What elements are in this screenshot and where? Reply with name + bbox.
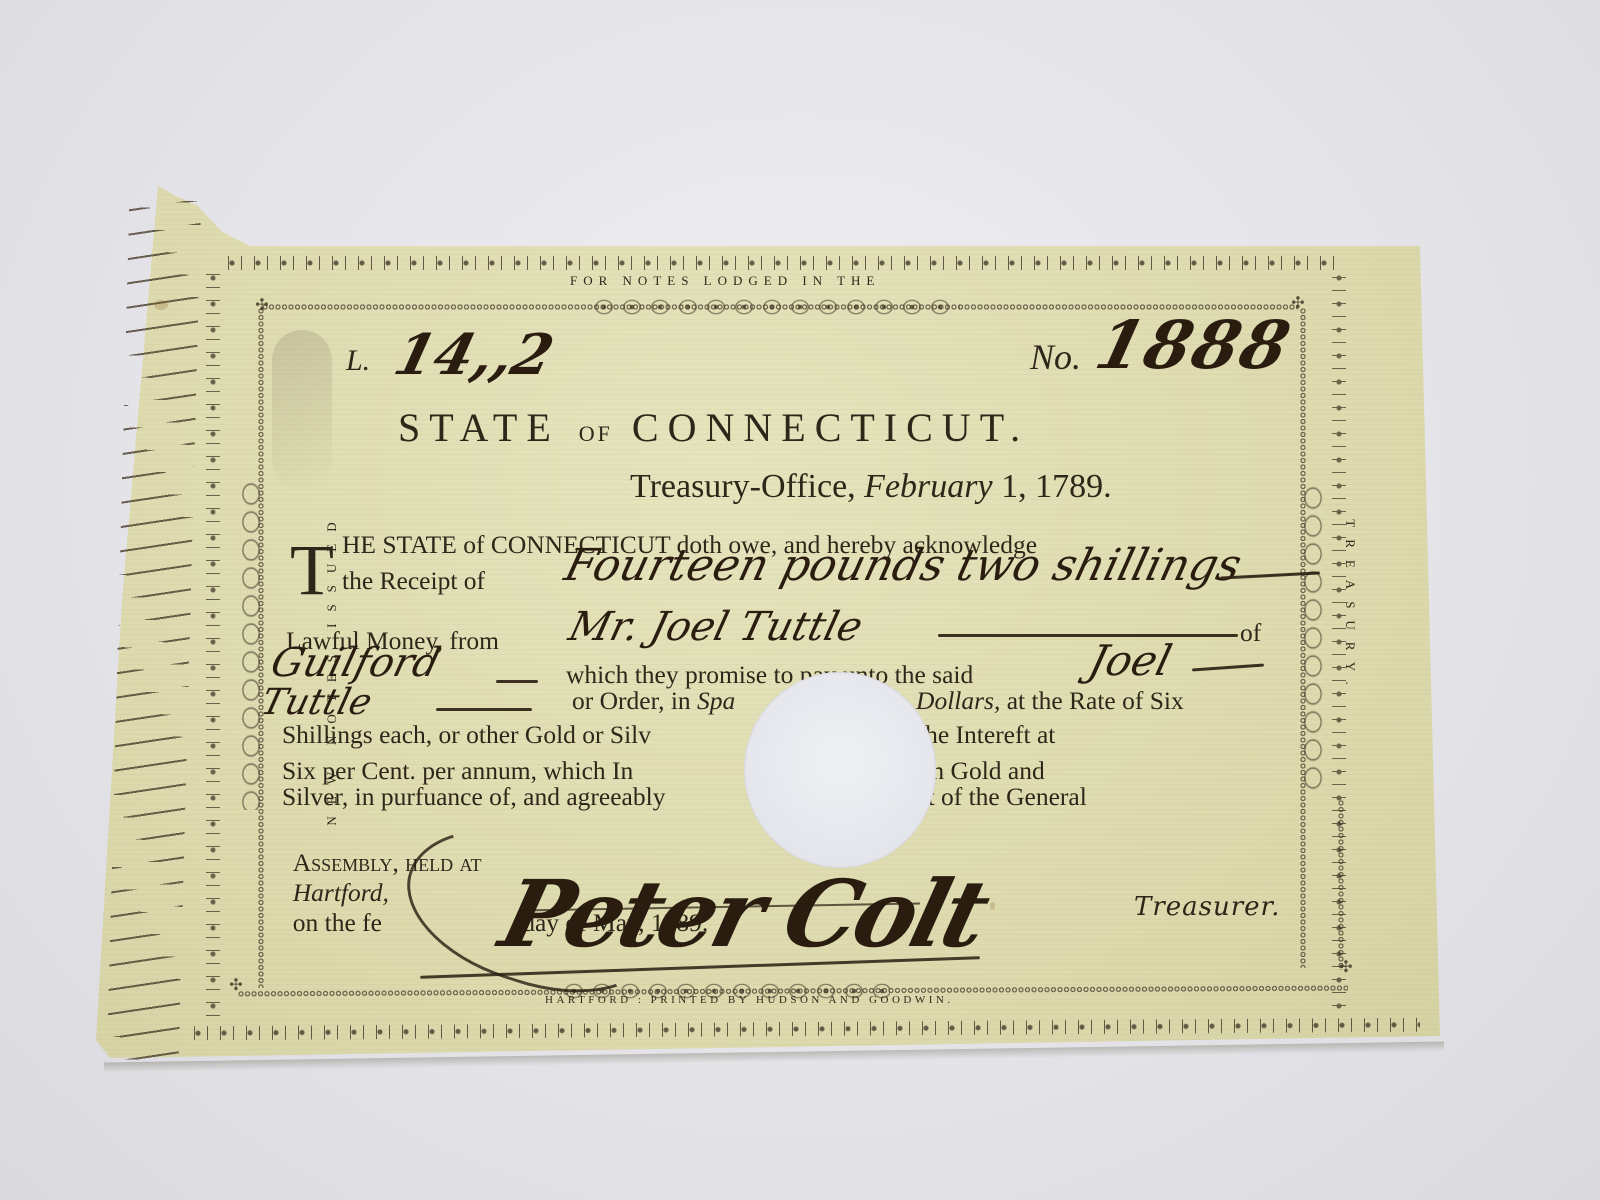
title-name: CONNECTICUT.	[632, 405, 1029, 450]
title-state: STATE	[398, 405, 560, 450]
signatory-title: Treasurer.	[1134, 892, 1280, 922]
vine-border-top	[224, 256, 1344, 270]
body-line-6: Shillings each, or other Gold or Silv va…	[282, 720, 1055, 750]
serial-number: 1888	[1088, 306, 1299, 384]
stain	[990, 902, 995, 910]
corner-star-icon: ✣	[254, 298, 270, 314]
ornament-band-right	[1300, 484, 1326, 794]
body-line-5-pre: or Order, in	[572, 686, 691, 715]
handwritten-payee: Mr. Joel Tuttle	[564, 604, 867, 650]
date-month: February	[864, 468, 992, 505]
printer-imprint: HARTFORD : PRINTED BY HUDSON AND GOODWIN…	[545, 994, 954, 1006]
stain	[154, 300, 168, 310]
body-line-8: Silver, in purfuance of, and agreeably o…	[282, 782, 1087, 812]
handwritten-sum: Fourteen pounds two shillings	[560, 540, 1247, 591]
body-line-3-end: of	[1240, 618, 1261, 648]
body-line-5-italic-b: Dollars,	[916, 686, 1000, 715]
amount-label: L.	[346, 344, 370, 378]
dotted-rule-right-lower	[1338, 800, 1344, 970]
office-date-line: Treasury-Office, February 1, 1789.	[630, 468, 1112, 506]
handwritten-town: Guilford	[266, 640, 444, 686]
number-label: No.	[1030, 336, 1081, 378]
ink-dash	[436, 708, 532, 711]
ink-dash	[496, 680, 538, 683]
handwritten-name-continued: Tuttle	[257, 682, 376, 723]
treasurer-signature: Peter Colt	[491, 860, 997, 968]
body-line-5-italic-a: Spa	[697, 686, 735, 715]
cancellation-punch-hole	[744, 672, 936, 868]
date-rest: 1, 1789.	[1001, 468, 1112, 505]
ink-dash	[938, 634, 1238, 637]
office-name: Treasury-Office,	[630, 468, 856, 505]
body-line-9-italic: Hartford,	[293, 878, 389, 907]
body-line-2: the Receipt of	[342, 566, 485, 596]
title-of: OF	[579, 421, 613, 446]
amount-value: 14,,2	[388, 322, 560, 388]
document-title: STATE OF CONNECTICUT.	[398, 404, 1029, 451]
vine-border-left	[206, 270, 220, 1020]
handwritten-said-name: Joel	[1084, 636, 1177, 685]
corner-star-icon: ✣	[1338, 960, 1354, 976]
ornament-band-top	[590, 294, 960, 320]
ornament-band-left	[238, 480, 264, 810]
drop-cap: T	[290, 534, 334, 606]
body-line-5-post: at the Rate of Six	[1007, 686, 1184, 715]
corner-star-icon: ✣	[228, 978, 244, 994]
faded-ink-mark	[272, 330, 332, 490]
header-caption: FOR NOTES LODGED IN THE	[570, 273, 880, 289]
right-side-caption: TREASURY.	[1342, 458, 1358, 758]
